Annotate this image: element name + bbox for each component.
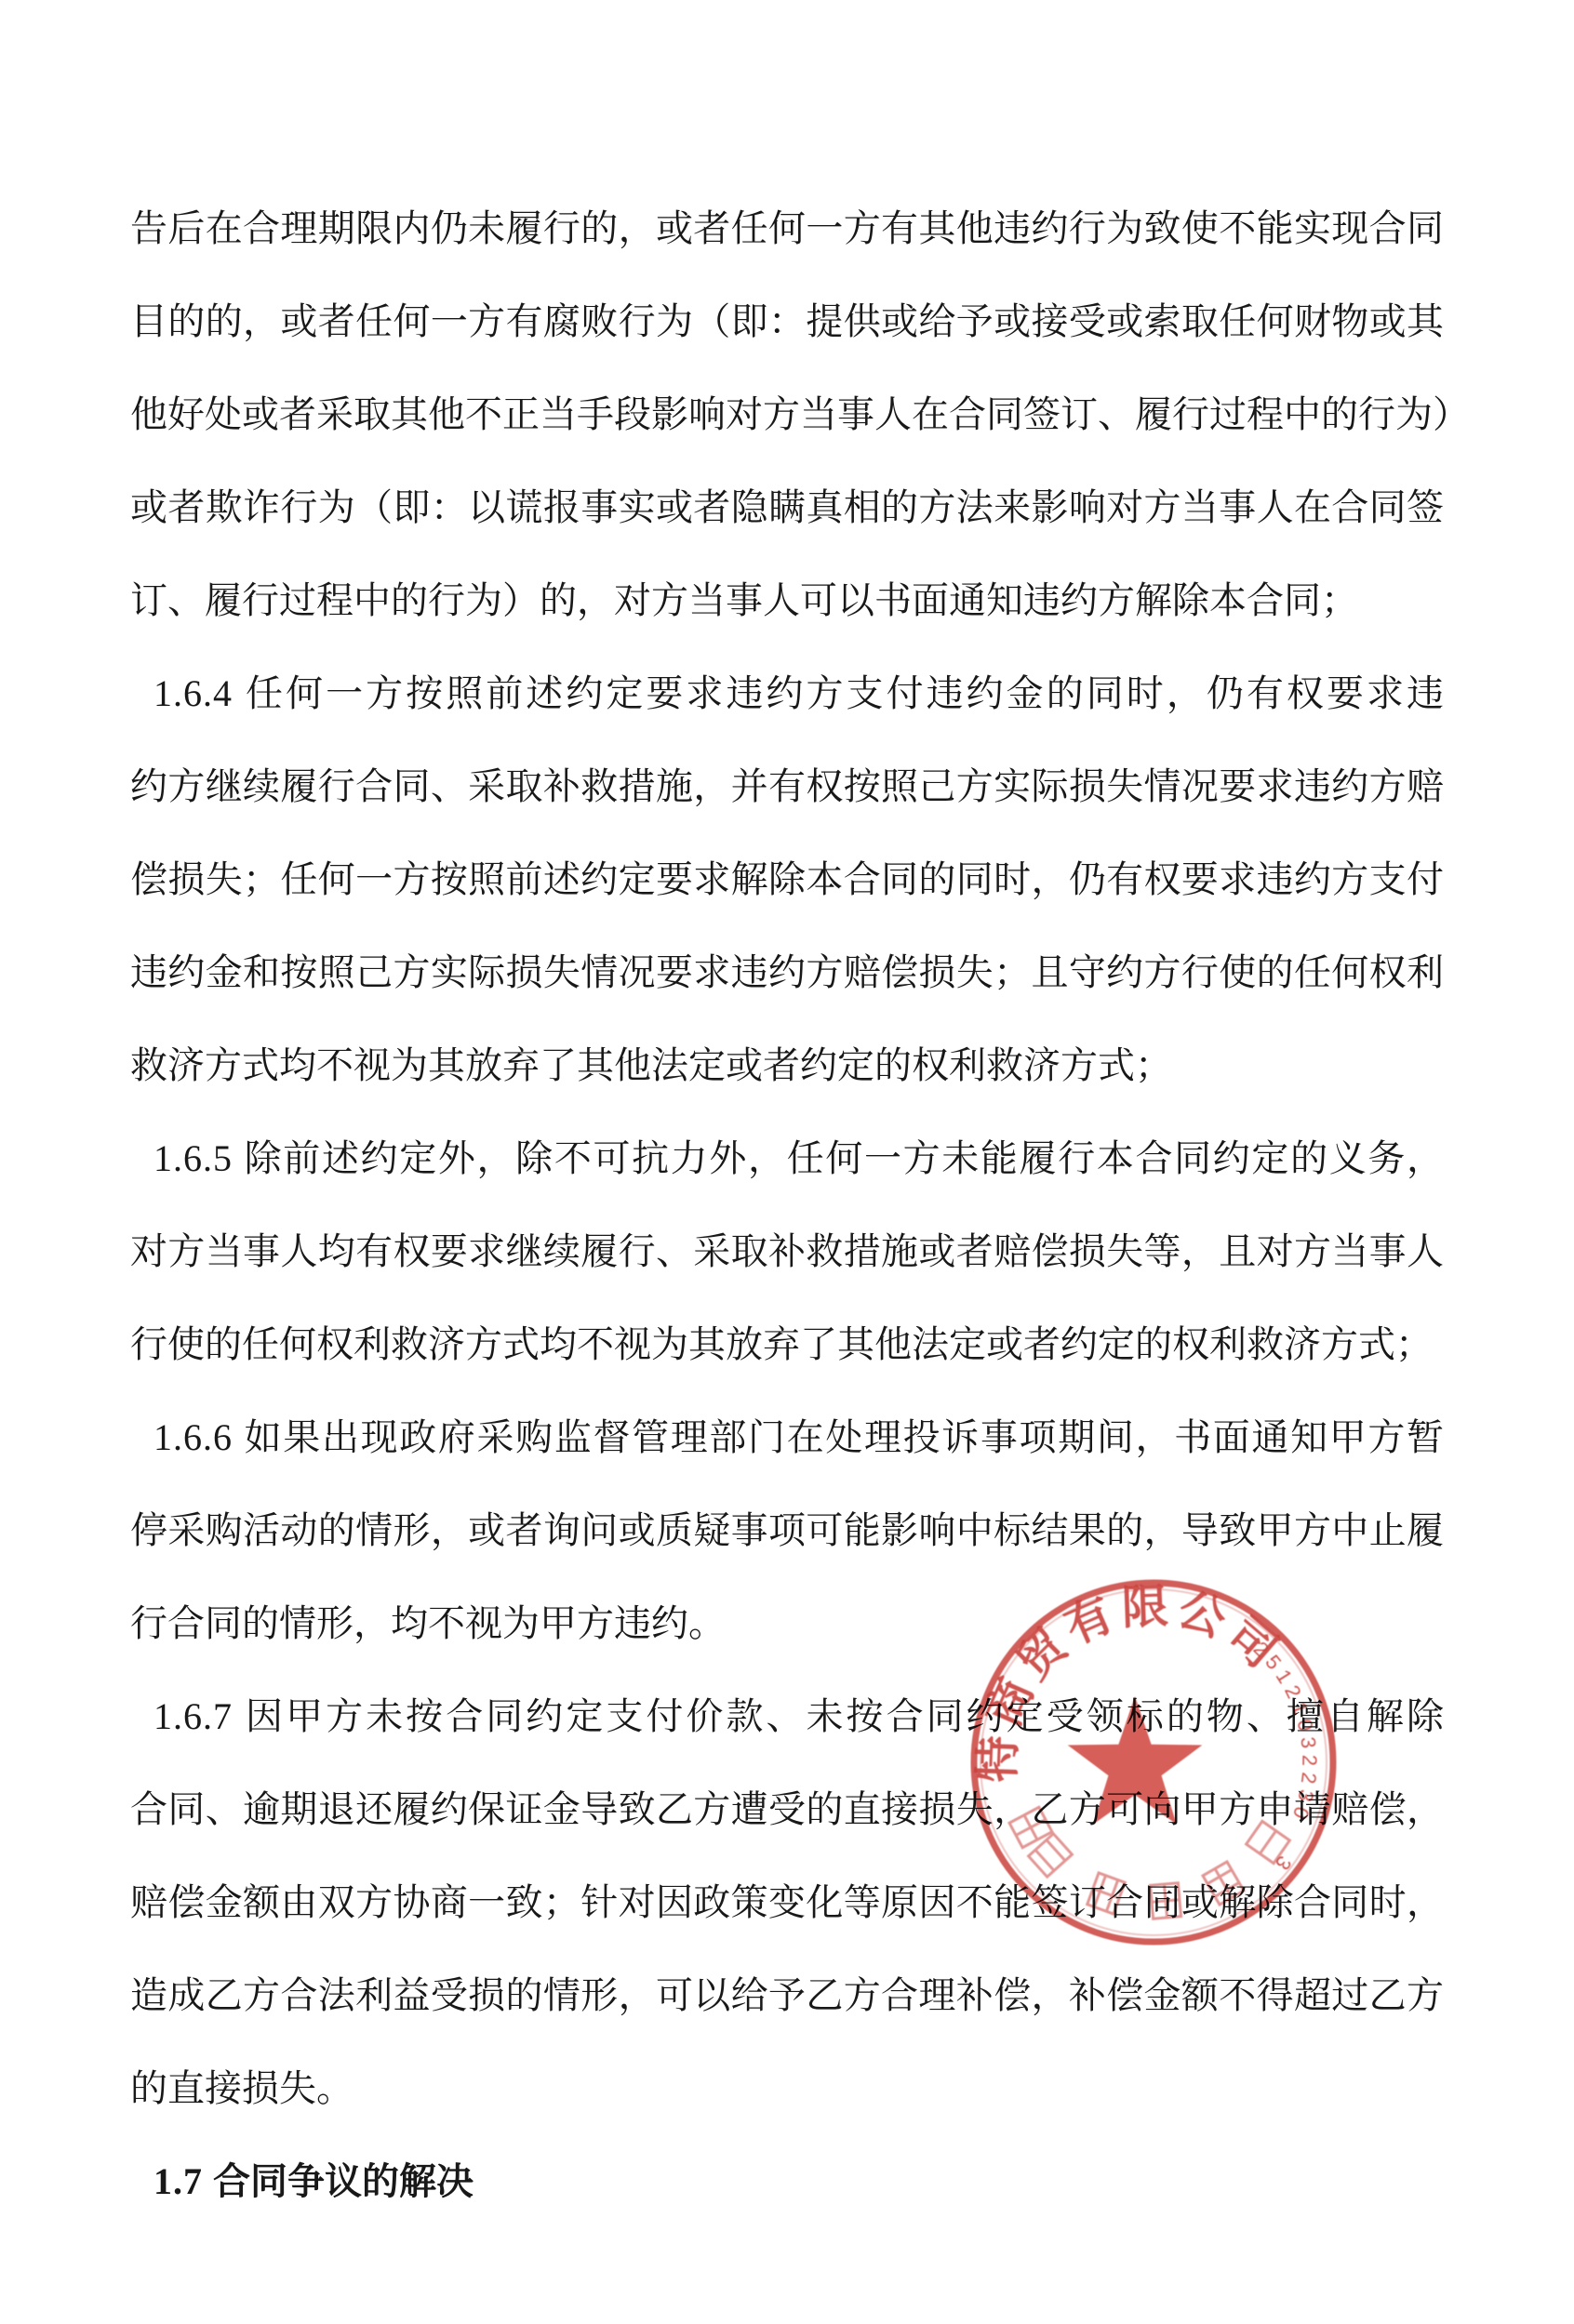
document-line: 停采购活动的情形，或者询问或质疑事项可能影响中标结果的，导致甲方中止履 (130, 1484, 1444, 1577)
document-line: 订、履行过程中的行为）的，对方当事人可以书面通知违约方解除本合同； (130, 554, 1444, 647)
line-text: 他好处或者采取其他不正当手段影响对方当事人在合同签订、履行过程中的行为） (130, 394, 1470, 435)
document-line: 或者欺诈行为（即：以谎报事实或者隐瞒真相的方法来影响对方当事人在合同签 (130, 461, 1444, 554)
document-line: 的直接损失。 (130, 2042, 1444, 2135)
line-text: 停采购活动的情形，或者询问或质疑事项可能影响中标结果的，导致甲方中止履 (130, 1510, 1444, 1551)
line-text: 约方继续履行合同、采取补救措施，并有权按照己方实际损失情况要求违约方赔 (130, 766, 1444, 807)
document-line: 救济方式均不视为其放弃了其他法定或者约定的权利救济方式； (130, 1019, 1444, 1112)
line-text: 行使的任何权利救济方式均不视为其放弃了其他法定或者约定的权利救济方式； (130, 1324, 1433, 1365)
line-text: 如果出现政府采购监督管理部门在处理投诉事项期间，书面通知甲方暂 (245, 1417, 1444, 1458)
line-text: 目的的，或者任何一方有腐败行为（即：提供或给予或接受或索取任何财物或其 (130, 301, 1444, 342)
line-text: 的直接损失。 (130, 2068, 353, 2109)
line-number: 1.6.4 (153, 672, 246, 714)
document-line: 合同、逾期退还履约保证金导致乙方遭受的直接损失，乙方可向甲方申请赔偿， (130, 1763, 1444, 1856)
document-line: 行使的任何权利救济方式均不视为其放弃了其他法定或者约定的权利救济方式； (130, 1298, 1444, 1391)
line-text: 因甲方未按合同约定支付价款、未按合同约定受领标的物、擅自解除 (246, 1696, 1444, 1737)
line-text: 赔偿金额由双方协商一致；针对因政策变化等原因不能签订合同或解除合同时， (130, 1882, 1444, 1923)
document-line: 赔偿金额由双方协商一致；针对因政策变化等原因不能签订合同或解除合同时， (130, 1856, 1444, 1949)
line-number: 1.6.7 (153, 1695, 246, 1737)
page: { "document": { "lines": [ {"num":"", "t… (0, 0, 1574, 2324)
document-line: 他好处或者采取其他不正当手段影响对方当事人在合同签订、履行过程中的行为） (130, 368, 1444, 461)
document-line: 目的的，或者任何一方有腐败行为（即：提供或给予或接受或索取任何财物或其 (130, 275, 1444, 368)
line-text: 任何一方按照前述约定要求违约方支付违约金的同时，仍有权要求违 (246, 673, 1444, 714)
document-line: 告后在合理期限内仍未履行的，或者任何一方有其他违约行为致使不能实现合同 (130, 182, 1444, 275)
line-text: 行合同的情形，均不视为甲方违约。 (130, 1603, 726, 1644)
document-line: 造成乙方合法利益受损的情形，可以给予乙方合理补偿，补偿金额不得超过乙方 (130, 1949, 1444, 2042)
line-number: 1.6.5 (153, 1137, 245, 1179)
line-number: 1.7 (153, 2160, 213, 2202)
document-line: 1.6.4 任何一方按照前述约定要求违约方支付违约金的同时，仍有权要求违 (130, 647, 1444, 740)
document-line: 行合同的情形，均不视为甲方违约。 (130, 1577, 1444, 1670)
document-line: 违约金和按照己方实际损失情况要求违约方赔偿损失；且守约方行使的任何权利 (130, 926, 1444, 1019)
document-line: 约方继续履行合同、采取补救措施，并有权按照己方实际损失情况要求违约方赔 (130, 740, 1444, 833)
line-text: 对方当事人均有权要求继续履行、采取补救措施或者赔偿损失等，且对方当事人 (130, 1231, 1444, 1272)
line-text: 违约金和按照己方实际损失情况要求违约方赔偿损失；且守约方行使的任何权利 (130, 952, 1444, 993)
line-text: 偿损失；任何一方按照前述约定要求解除本合同的同时，仍有权要求违约方支付 (130, 859, 1444, 900)
document-body: 告后在合理期限内仍未履行的，或者任何一方有其他违约行为致使不能实现合同目的的，或… (130, 182, 1444, 2228)
document-line: 1.7 合同争议的解决 (130, 2135, 1444, 2228)
line-text: 订、履行过程中的行为）的，对方当事人可以书面通知违约方解除本合同； (130, 580, 1358, 621)
line-text: 或者欺诈行为（即：以谎报事实或者隐瞒真相的方法来影响对方当事人在合同签 (130, 487, 1444, 528)
line-text: 合同争议的解决 (213, 2161, 474, 2202)
document-line: 偿损失；任何一方按照前述约定要求解除本合同的同时，仍有权要求违约方支付 (130, 833, 1444, 926)
document-line: 对方当事人均有权要求继续履行、采取补救措施或者赔偿损失等，且对方当事人 (130, 1205, 1444, 1298)
document-line: 1.6.5 除前述约定外，除不可抗力外，任何一方未能履行本合同约定的义务， (130, 1112, 1444, 1205)
line-text: 合同、逾期退还履约保证金导致乙方遭受的直接损失，乙方可向甲方申请赔偿， (130, 1789, 1444, 1830)
line-text: 造成乙方合法利益受损的情形，可以给予乙方合理补偿，补偿金额不得超过乙方 (130, 1975, 1444, 2016)
line-text: 救济方式均不视为其放弃了其他法定或者约定的权利救济方式； (130, 1045, 1172, 1086)
line-text: 告后在合理期限内仍未履行的，或者任何一方有其他违约行为致使不能实现合同 (130, 208, 1444, 249)
line-text: 除前述约定外，除不可抗力外，任何一方未能履行本合同约定的义务， (245, 1138, 1444, 1179)
line-number: 1.6.6 (153, 1416, 245, 1458)
document-line: 1.6.6 如果出现政府采购监督管理部门在处理投诉事项期间，书面通知甲方暂 (130, 1391, 1444, 1484)
document-line: 1.6.7 因甲方未按合同约定支付价款、未按合同约定受领标的物、擅自解除 (130, 1670, 1444, 1763)
